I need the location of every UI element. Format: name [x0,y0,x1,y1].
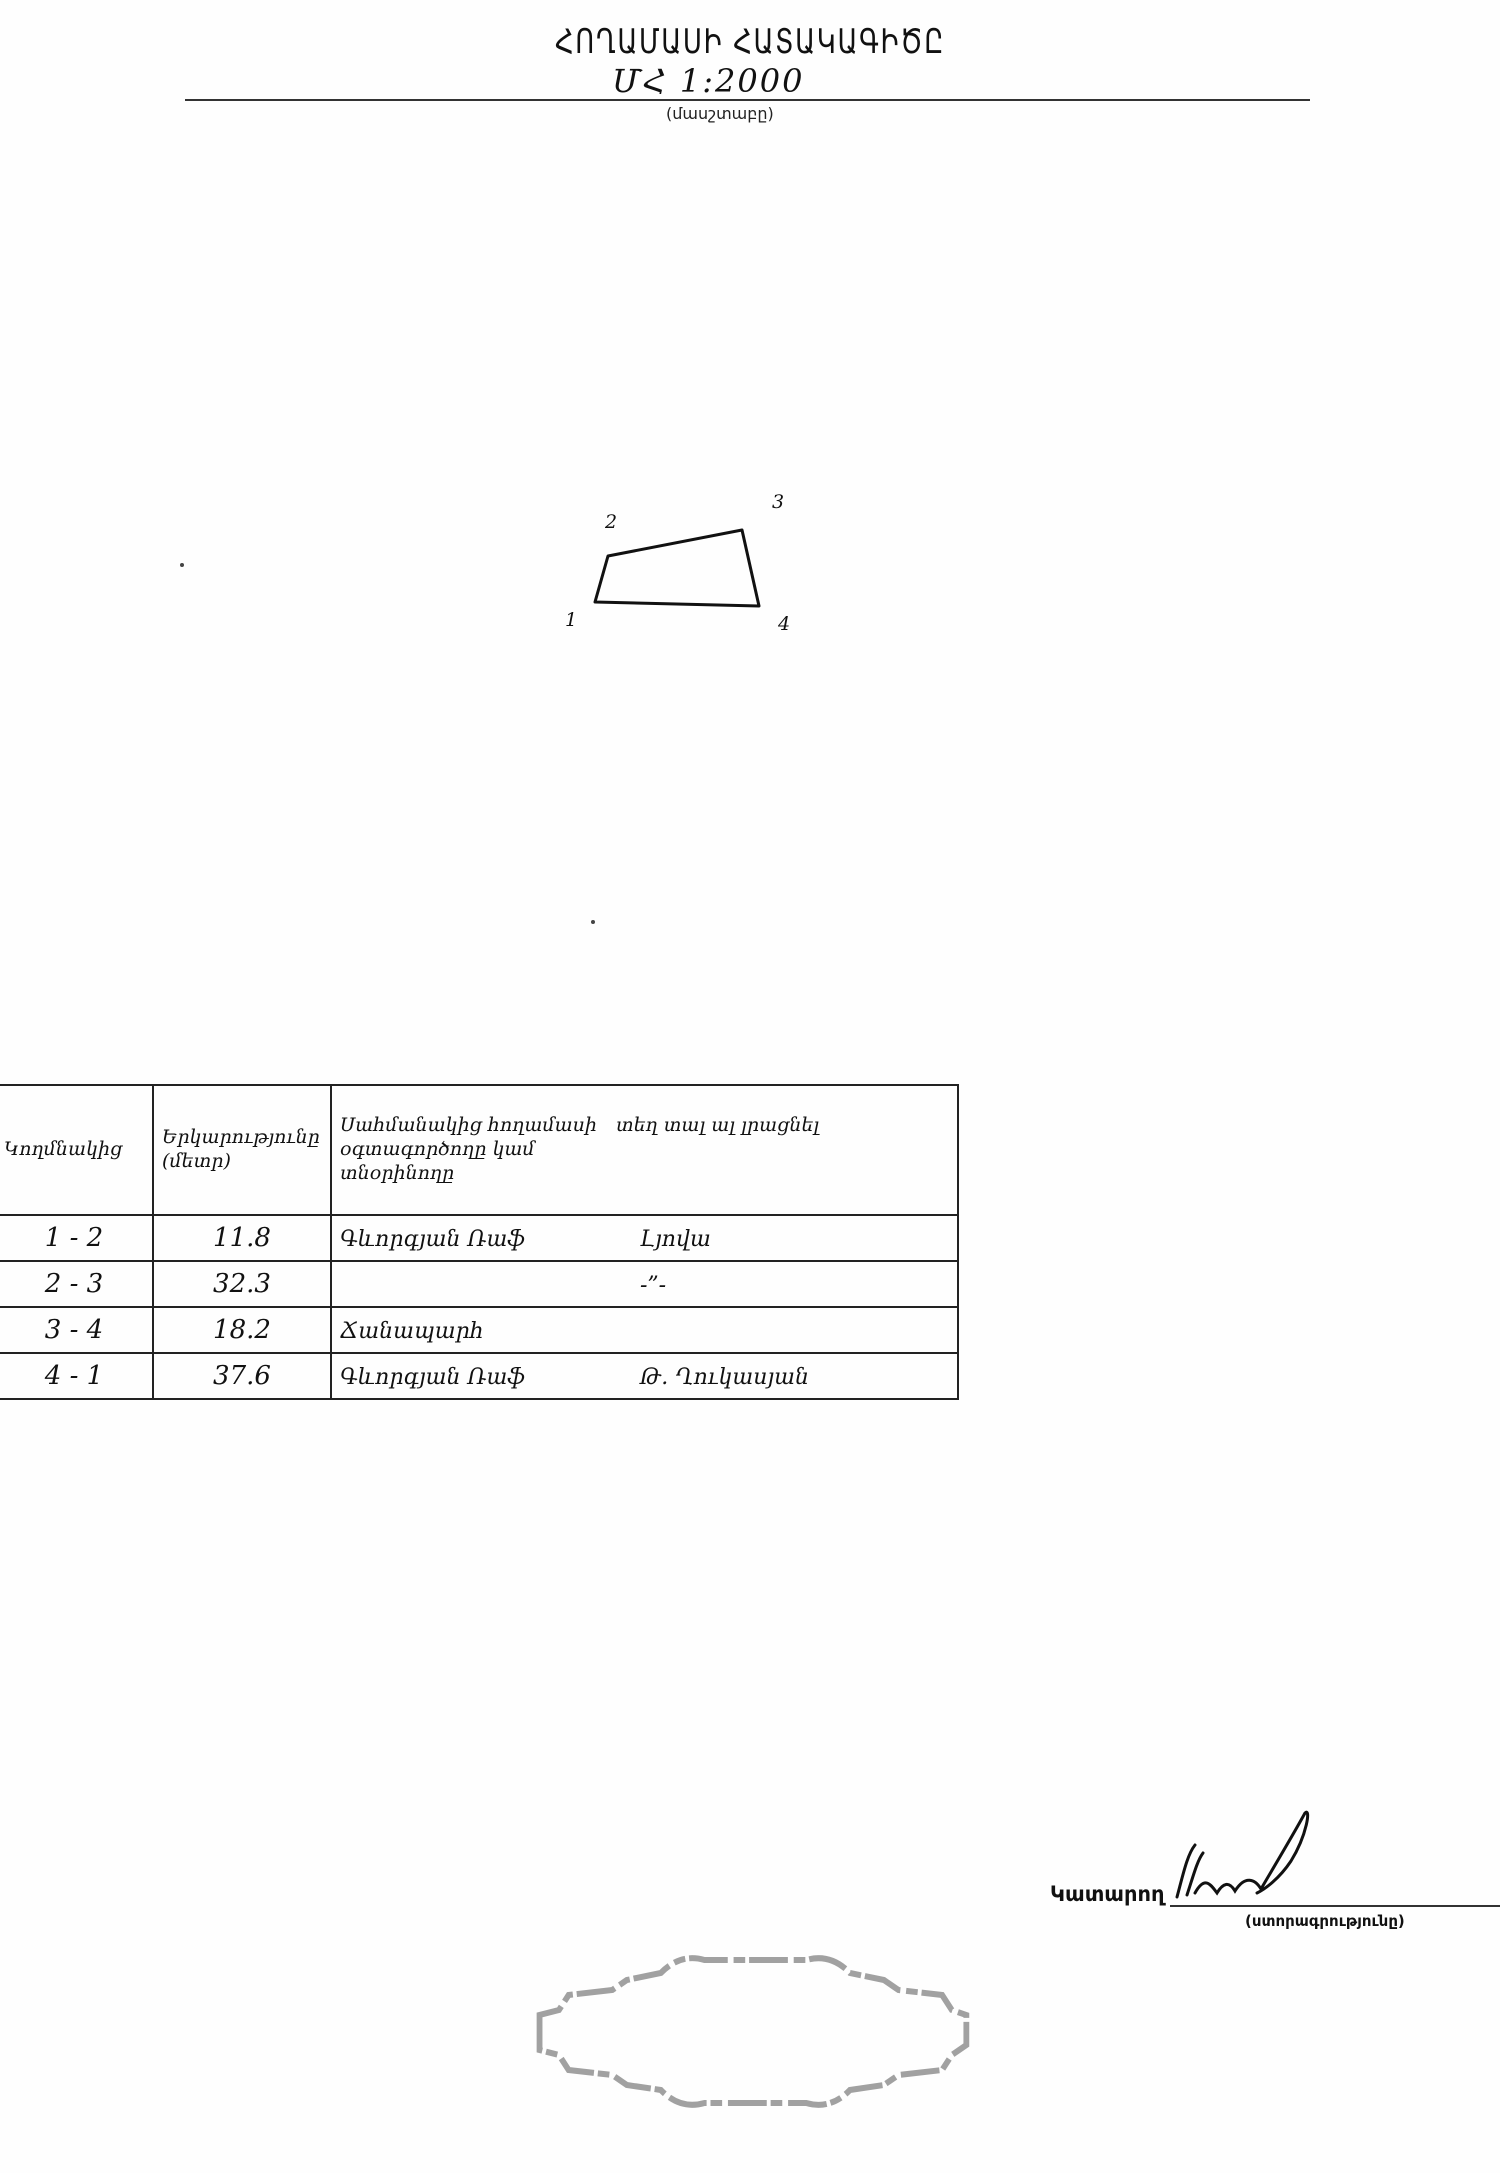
neighbor-name: Գևորգյան Ռաֆ [340,1227,640,1252]
handwritten-signature [1165,1805,1315,1905]
scale-caption: (մասշտաբը) [666,104,774,123]
boundaries-table: Կողմնակից Երկարությունը (մետր) Սահմանակի… [0,1084,959,1400]
cell-length: 32.3 [153,1261,331,1307]
table-header-row: Կողմնակից Երկարությունը (մետր) Սահմանակի… [0,1085,958,1215]
neighbor-name-2: Թ. Ղուկասյան [640,1365,809,1390]
scale-value: ՄՀ 1:2000 [612,62,804,100]
signature-caption: (ստորագրությունը) [1245,1912,1405,1930]
cell-length: 18.2 [153,1307,331,1353]
neighbor-name: Գևորգյան Ռաֆ [340,1365,640,1390]
stamp-frame-icon [535,1945,985,2120]
neighbor-name: Ճանապարհ [340,1319,640,1344]
vertex-label-2: 2 [604,511,617,533]
plot-outline: 1 2 3 4 [540,470,810,640]
vertex-label-1: 1 [565,609,577,631]
scan-speck [591,920,595,924]
vertex-label-3: 3 [772,491,784,513]
table-row: 1 - 2 11.8 Գևորգյան ՌաֆԼյովա [0,1215,958,1261]
table-row: 4 - 1 37.6 Գևորգյան ՌաֆԹ. Ղուկասյան [0,1353,958,1399]
cell-side: 1 - 2 [0,1215,153,1261]
scan-speck [180,563,184,567]
cell-length: 11.8 [153,1215,331,1261]
neighbor-name-2: -”- [640,1273,666,1298]
land-plot-sketch: 1 2 3 4 [540,470,810,640]
cell-neighbor: Գևորգյան ՌաֆԹ. Ղուկասյան [331,1353,958,1399]
header-length: Երկարությունը (մետր) [153,1085,331,1215]
document-title: ՀՈՂԱՄԱՍԻ ՀԱՏԱԿԱԳԻԾԸ [113,22,1388,62]
cell-side: 3 - 4 [0,1307,153,1353]
header-side: Կողմնակից [0,1085,153,1215]
signer-label: Կատարող [1050,1882,1165,1906]
scale-underline [185,99,1310,101]
signature-line [1170,1905,1500,1907]
cell-side: 4 - 1 [0,1353,153,1399]
cell-neighbor: -”- [331,1261,958,1307]
neighbor-name-2: Լյովա [640,1227,711,1252]
cell-neighbor: Գևորգյան ՌաֆԼյովա [331,1215,958,1261]
table-row: 3 - 4 18.2 Ճանապարհ [0,1307,958,1353]
header-neighbor-note: տեղ տալ ալ լրացնել [616,1114,819,1138]
header-neighbor-main: Սահմանակից հողամասի օգտագործողը կամ տնօր… [340,1114,610,1185]
cell-neighbor: Ճանապարհ [331,1307,958,1353]
header-neighbor: Սահմանակից հողամասի օգտագործողը կամ տնօր… [331,1085,958,1215]
cell-length: 37.6 [153,1353,331,1399]
cell-side: 2 - 3 [0,1261,153,1307]
vertex-label-4: 4 [777,613,790,635]
table-row: 2 - 3 32.3 -”- [0,1261,958,1307]
